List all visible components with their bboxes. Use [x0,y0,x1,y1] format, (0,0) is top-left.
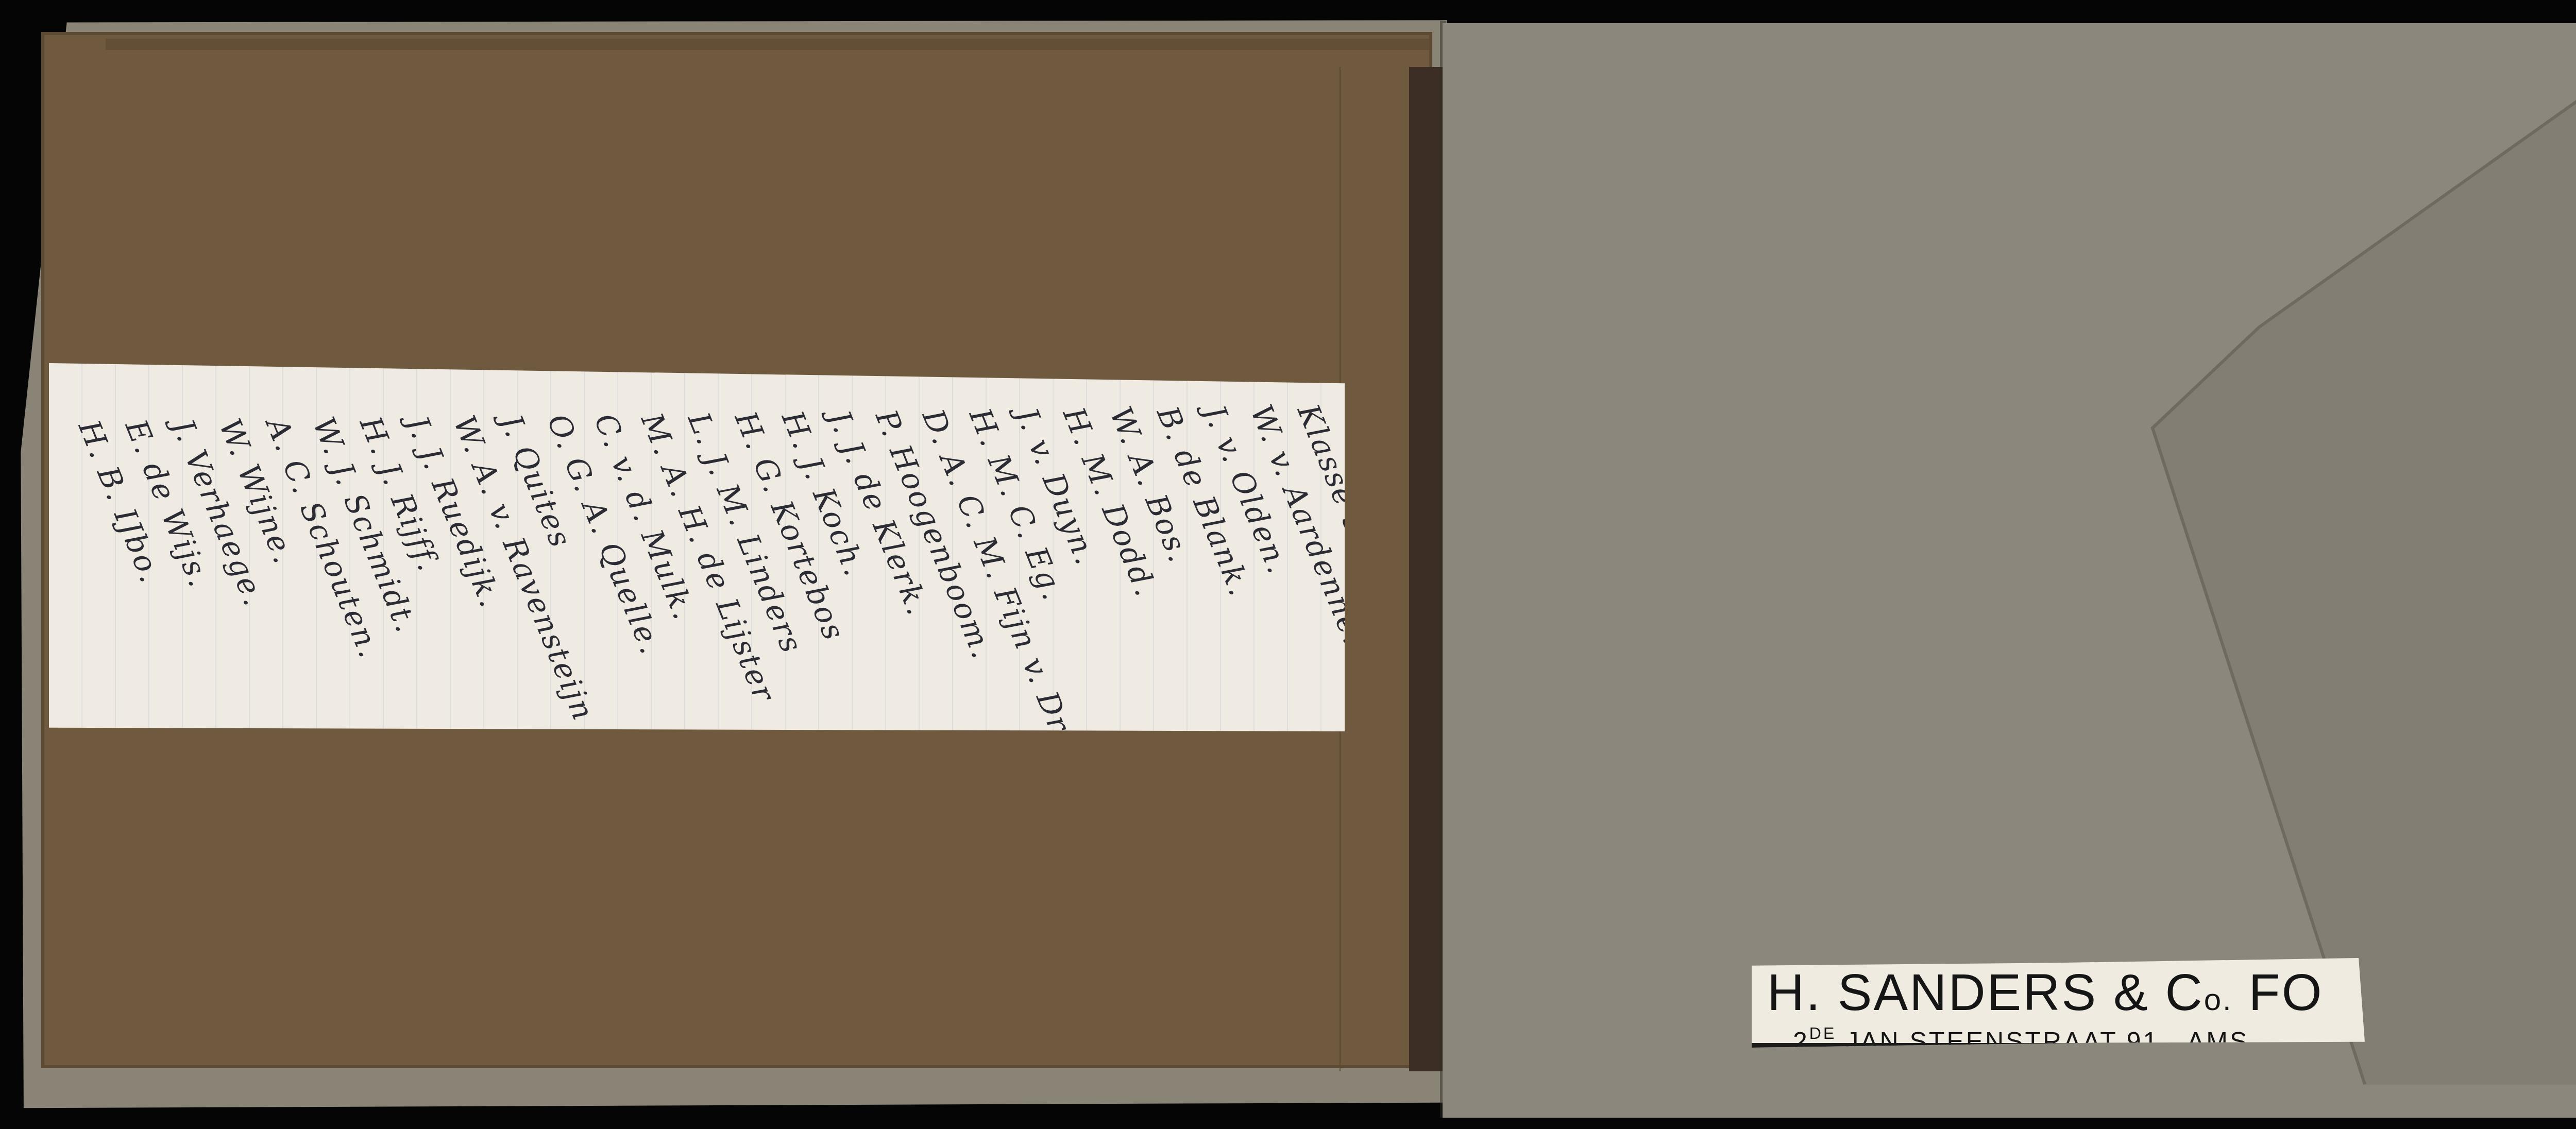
board-spine-strip [1409,67,1443,1071]
board-top-strip [106,39,1432,50]
handwritten-class-list-slip: Klasse 5 B.W. v. Aardenne.J. v. Olden.B.… [49,363,1345,731]
label-company: H. SANDERS & Co. FO [1767,963,2323,1022]
photographer-label: H. SANDERS & Co. FO 2DE JAN STEENSTRAAT … [1752,958,2365,1053]
